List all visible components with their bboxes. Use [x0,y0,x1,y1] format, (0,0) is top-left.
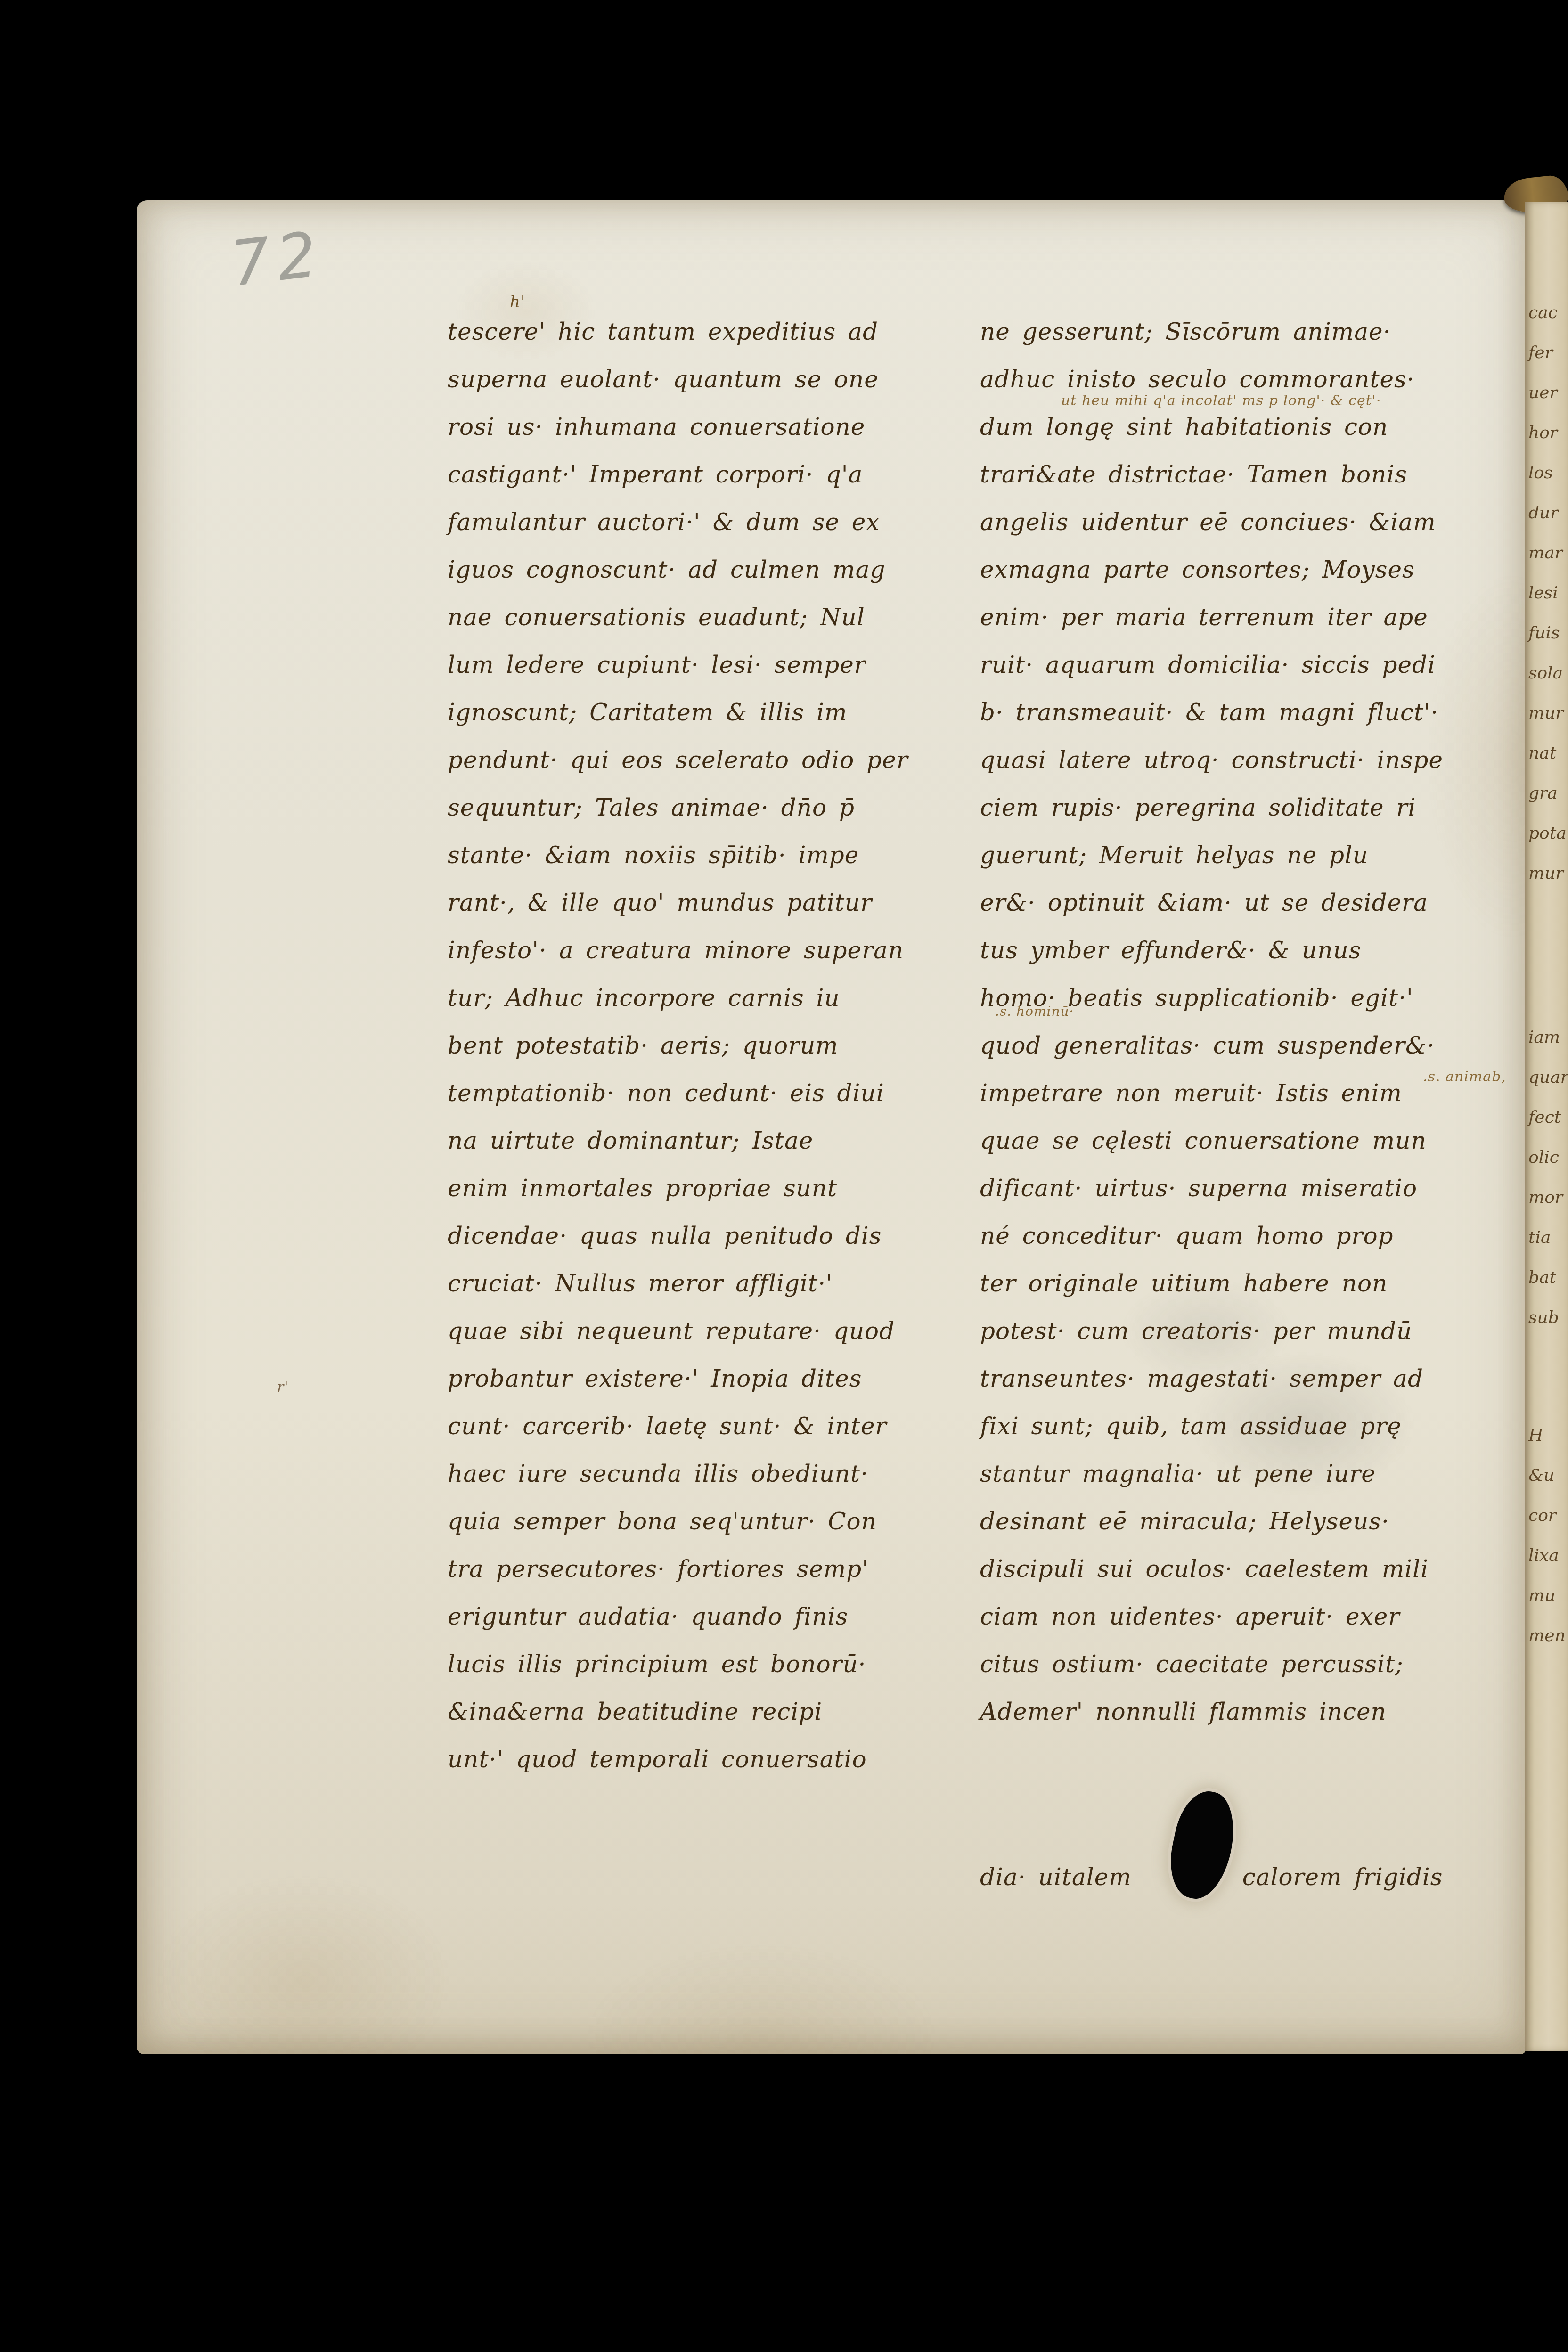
text-line: rosi us· inhumana conuersatione [448,413,975,461]
text-line: eriguntur audatia· quando finis [448,1603,975,1650]
text-before-hole: dia· uitalem [980,1863,1132,1891]
text-line: infesto'· a creatura minore superan [448,937,975,984]
text-line: bent potestatib· aeris; quorum [448,1032,975,1079]
fore-edge-text-fragment: lixa [1525,1546,1568,1586]
left-margin-mark: r' [277,1379,289,1396]
text-column-left: tescere' hic tantum expeditius adsuperna… [448,318,975,1793]
fore-edge-text-fragment: iam [1525,1028,1568,1068]
text-line: tur; Adhuc incorpore carnis iu [448,984,975,1032]
text-line: castigant·' Imperant corpori· q'a [448,461,975,508]
margin-gloss-animab: .s. animab, [1423,1069,1506,1085]
text-line: ciam non uidentes· aperuit· exer [980,1603,1517,1650]
text-line: superna euolant· quantum se one [448,366,975,413]
text-line: desinant eē miracula; Helyseus· [980,1508,1517,1555]
text-line: ruit· aquarum domicilia· siccis pedi [980,651,1517,699]
fore-edge-fragment-list: cacferuerhorlosdurmarlesifuissolamurnatg… [1525,202,1568,1666]
text-line: tra persecutores· fortiores semp' [448,1555,975,1603]
text-line: angelis uidentur eē conciues· &iam [980,508,1517,556]
text-line: enim inmortales propriae sunt [448,1175,975,1222]
text-line: dicendae· quas nulla penitudo dis [448,1222,975,1270]
text-line: famulantur auctori·' & dum se ex [448,508,975,556]
text-line: iguos cognoscunt· ad culmen mag [448,556,975,604]
fore-edge-text-fragment: cor [1525,1506,1568,1546]
fore-edge-text-fragment: H [1525,1426,1568,1466]
text-line: transeuntes· magestati· semper ad [980,1365,1517,1413]
text-line: na uirtute dominantur; Istae [448,1127,975,1175]
text-line: pendunt· qui eos scelerato odio per [448,746,975,794]
text-line: probantur existere·' Inopia dites [448,1365,975,1413]
text-line: né conceditur· quam homo prop [980,1222,1517,1270]
interlinear-gloss-hominum: .s. hominū· [995,1004,1074,1019]
text-line: &ina&erna beatitudine recipi [448,1698,975,1746]
fore-edge-text-fragment: dur [1525,503,1568,543]
text-line: fixi sunt; quib, tam assiduae prę [980,1413,1517,1460]
text-line: exmagna parte consortes; Moyses [980,556,1517,604]
fore-edge-text-fragment: los [1525,463,1568,503]
fore-edge-text-fragment: &u [1525,1466,1568,1506]
fore-edge-text-fragment: hor [1525,423,1568,463]
manuscript-page: 72 h' tescere' hic tantum expeditius ads… [137,200,1526,2054]
text-line: Ademer' nonnulli flammis incen [980,1698,1517,1746]
text-line: tus ymber effunder&· & unus [980,937,1517,984]
text-line: stantur magnalia· ut pene iure [980,1460,1517,1508]
text-line: stante· &iam noxiis sp̄itib· impe [448,841,975,889]
text-line: impetrare non meruit· Istis enim [980,1079,1517,1127]
text-line: quae se cęlesti conuersatione mun [980,1127,1517,1175]
text-line: citus ostium· caecitate percussit; [980,1650,1517,1698]
text-line: er&· optinuit &iam· ut se desidera [980,889,1517,937]
text-line: sequuntur; Tales animae· dn̄o p̄ [448,794,975,841]
fore-edge-text-fragment: bat [1525,1268,1568,1308]
text-line: nae conuersationis euadunt; Nul [448,604,975,651]
text-line: dificant· uirtus· superna miseratio [980,1175,1517,1222]
fore-edge-text-fragment: cac [1525,303,1568,343]
text-line: discipuli sui oculos· caelestem mili [980,1555,1517,1603]
text-line: lucis illis principium est bonorū· [448,1650,975,1698]
interlinear-gloss-hic: h' [510,293,525,311]
text-line: potest· cum creatoris· per mundū [980,1317,1517,1365]
fore-edge-next-leaf: cacferuerhorlosdurmarlesifuissolamurnatg… [1525,202,1568,2051]
text-line: dum longę sint habitationis con [980,413,1517,461]
fore-edge-text-fragment: fuis [1525,623,1568,663]
interlinear-gloss-incolatus: ut heu mihi q'a incolat' ms p long'· & c… [1061,392,1381,409]
text-after-hole: calorem frigidis [1242,1863,1443,1891]
text-line: cunt· carcerib· laetę sunt· & inter [448,1413,975,1460]
fore-edge-text-fragment: sola [1525,663,1568,703]
fore-edge-text-fragment: mu [1525,1586,1568,1626]
text-line: unt·' quod temporali conuersatio [448,1746,975,1793]
text-line: rant·, & ille quo' mundus patitur [448,889,975,937]
fore-edge-text-fragment: mar [1525,543,1568,583]
fore-edge-text-fragment: mor [1525,1188,1568,1228]
fore-edge-text-fragment: nat [1525,743,1568,784]
fore-edge-text-fragment: olic [1525,1148,1568,1188]
text-line: b· transmeauit· & tam magni fluct'· [980,699,1517,746]
manuscript-photo-background: 72 h' tescere' hic tantum expeditius ads… [0,0,1568,2352]
fore-edge-text-fragment: lesi [1525,583,1568,623]
text-line: ciem rupis· peregrina soliditate ri [980,794,1517,841]
fore-edge-text-fragment: gra [1525,784,1568,824]
text-line: haec iure secunda illis obediunt· [448,1460,975,1508]
text-line: cruciat· Nullus meror affligit·' [448,1270,975,1317]
text-line: trari&ate districtae· Tamen bonis [980,461,1517,508]
text-line: ignoscunt; Caritatem & illis im [448,699,975,746]
text-line: ter originale uitium habere non [980,1270,1517,1317]
text-line: quasi latere utroq· constructi· inspe [980,746,1517,794]
fore-edge-text-fragment: mur [1525,864,1568,904]
fore-edge-text-fragment: sub [1525,1308,1568,1348]
text-line: lum ledere cupiunt· lesi· semper [448,651,975,699]
fore-edge-text-fragment: uer [1525,383,1568,423]
text-line: guerunt; Meruit helyas ne plu [980,841,1517,889]
fore-edge-text-fragment: tia [1525,1228,1568,1268]
fore-edge-text-fragment: mur [1525,703,1568,743]
text-column-right: ne gesserunt; Sīscōrum animae·adhuc inis… [980,318,1517,1746]
fore-edge-text-fragment: quar [1525,1068,1568,1108]
text-line: ne gesserunt; Sīscōrum animae· [980,318,1517,366]
text-line: enim· per maria terrenum iter ape [980,604,1517,651]
fore-edge-text-fragment: fect [1525,1108,1568,1148]
fore-edge-text-fragment: men [1525,1626,1568,1666]
fore-edge-text-fragment: fer [1525,343,1568,383]
text-line: tescere' hic tantum expeditius ad [448,318,975,366]
folio-number-pencil: 72 [227,218,327,301]
text-line: quae sibi nequeunt reputare· quod [448,1317,975,1365]
fore-edge-text-fragment: pota [1525,824,1568,864]
text-line: temptationib· non cedunt· eis diui [448,1079,975,1127]
text-line: quia semper bona seq'untur· Con [448,1508,975,1555]
